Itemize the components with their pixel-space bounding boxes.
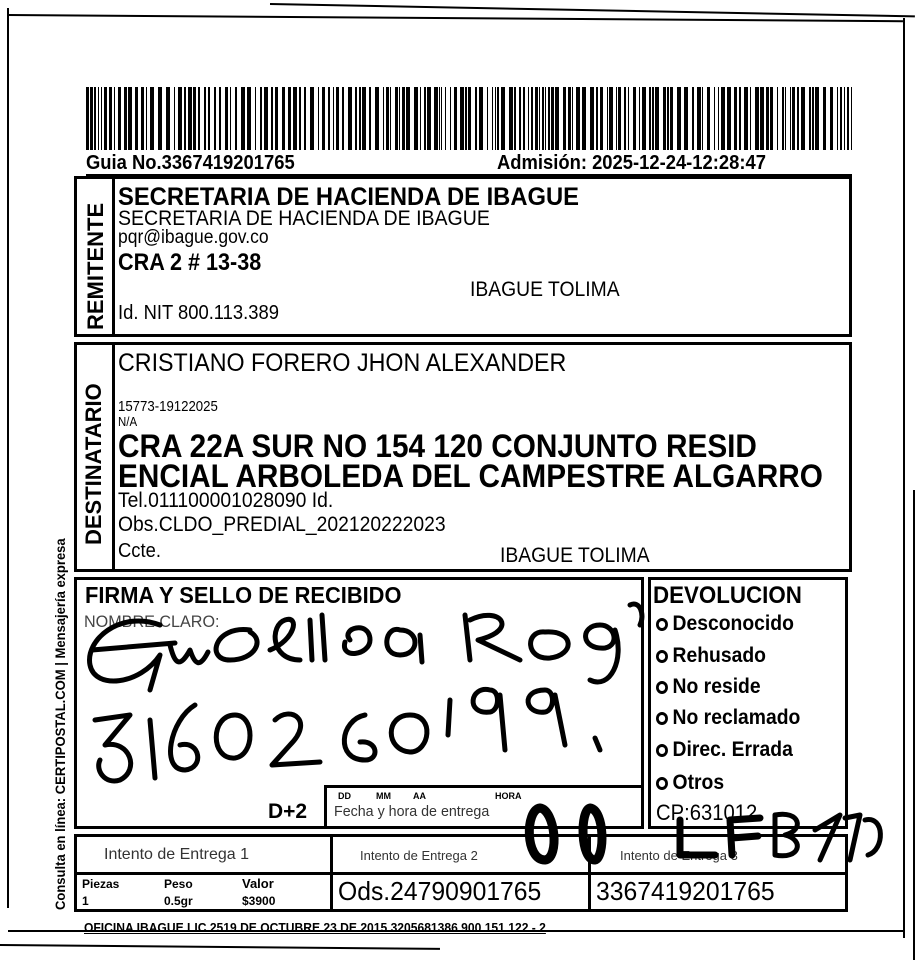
intentos-divider	[74, 872, 848, 875]
devolucion-option-no-reclamado[interactable]: No reclamado	[656, 706, 800, 730]
devolucion-option-otros[interactable]: Otros	[656, 771, 724, 795]
intento-3: Intento de Entrega 3	[620, 848, 738, 863]
fecha-label: Fecha y hora de entrega	[334, 803, 489, 820]
radio-icon	[656, 650, 668, 663]
remitente-address: CRA 2 # 13-38	[118, 249, 261, 277]
destinatario-name: CRISTIANO FORERO JHON ALEXANDER	[118, 349, 566, 378]
paper-edge-left	[7, 8, 9, 908]
remitente-label: REMITENTE	[83, 203, 109, 330]
option-label: Direc. Errada	[673, 738, 793, 761]
nombre-claro-label: NOMBRE CLARO:	[84, 612, 220, 632]
barcode	[86, 87, 852, 150]
d-plus-label: D+2	[268, 800, 307, 824]
paper-edge-right-2	[913, 490, 915, 960]
option-label: Otros	[673, 771, 725, 794]
option-label: No reside	[673, 675, 761, 698]
peso-value: 0.5gr	[164, 894, 193, 908]
radio-icon	[656, 681, 668, 694]
radio-icon	[656, 744, 668, 757]
devolucion-option-rehusado[interactable]: Rehusado	[656, 644, 766, 668]
destinatario-label: DESTINATARIO	[81, 383, 107, 545]
paper-edge-top	[8, 14, 903, 22]
paper-edge-right	[903, 18, 905, 938]
devolucion-title: DEVOLUCION	[653, 582, 802, 610]
admision-date: Admisión: 2025-12-24-12:28:47	[497, 152, 766, 175]
guia-number-box: 3367419201765	[596, 876, 775, 907]
remitente-id: Id. NIT 800.113.389	[118, 302, 279, 325]
intento-2: Intento de Entrega 2	[360, 848, 478, 863]
option-label: No reclamado	[673, 706, 801, 729]
radio-icon	[656, 712, 668, 725]
remitente-email: pqr@ibague.gov.co	[118, 227, 269, 249]
destinatario-tel: Tel.011100001028090 Id.	[118, 489, 333, 513]
ods-number: Ods.24790901765	[338, 876, 541, 907]
firma-title: FIRMA Y SELLO DE RECIBIDO	[85, 582, 401, 609]
date-label-dd: DD	[338, 791, 351, 801]
radio-icon	[656, 777, 668, 790]
destinatario-na: N/A	[118, 414, 137, 429]
option-label: Desconocido	[673, 612, 794, 635]
paper-edge-bottom-2	[0, 944, 440, 950]
intentos-col-1	[330, 834, 333, 912]
destinatario-city: IBAGUE TOLIMA	[500, 544, 650, 568]
paper-edge-top-2	[270, 3, 915, 17]
side-note: Consulta en línea: CERTIPOSTAL.COM | Men…	[52, 538, 68, 910]
date-label-mm: MM	[376, 791, 391, 801]
remitente-city: IBAGUE TOLIMA	[470, 278, 620, 302]
devolucion-option-direc-errada[interactable]: Direc. Errada	[656, 738, 793, 762]
radio-icon	[656, 618, 668, 631]
peso-label: Peso	[164, 877, 193, 891]
date-label-aa: AA	[413, 791, 426, 801]
intento-1: Intento de Entrega 1	[104, 846, 249, 864]
valor-value: $3900	[242, 894, 275, 908]
devolucion-option-desconocido[interactable]: Desconocido	[656, 612, 794, 636]
piezas-label: Piezas	[82, 877, 119, 891]
destinatario-ccte: Ccte.	[118, 540, 161, 563]
guia-number: Guia No.3367419201765	[86, 152, 295, 175]
destinatario-ref: 15773-19122025	[118, 398, 218, 415]
intentos-col-2	[588, 834, 591, 912]
valor-label: Valor	[242, 876, 274, 891]
devolucion-cp: CP:631012	[656, 800, 757, 826]
piezas-value: 1	[82, 894, 89, 908]
destinatario-obs: Obs.CLDO_PREDIAL_202120222023	[118, 513, 446, 537]
devolucion-option-no-reside[interactable]: No reside	[656, 675, 761, 699]
footer-office: OFICINA IBAGUE LIC 2519 DE OCTUBRE 23 DE…	[84, 920, 546, 935]
date-label-hora: HORA	[495, 791, 522, 801]
option-label: Rehusado	[673, 644, 766, 667]
